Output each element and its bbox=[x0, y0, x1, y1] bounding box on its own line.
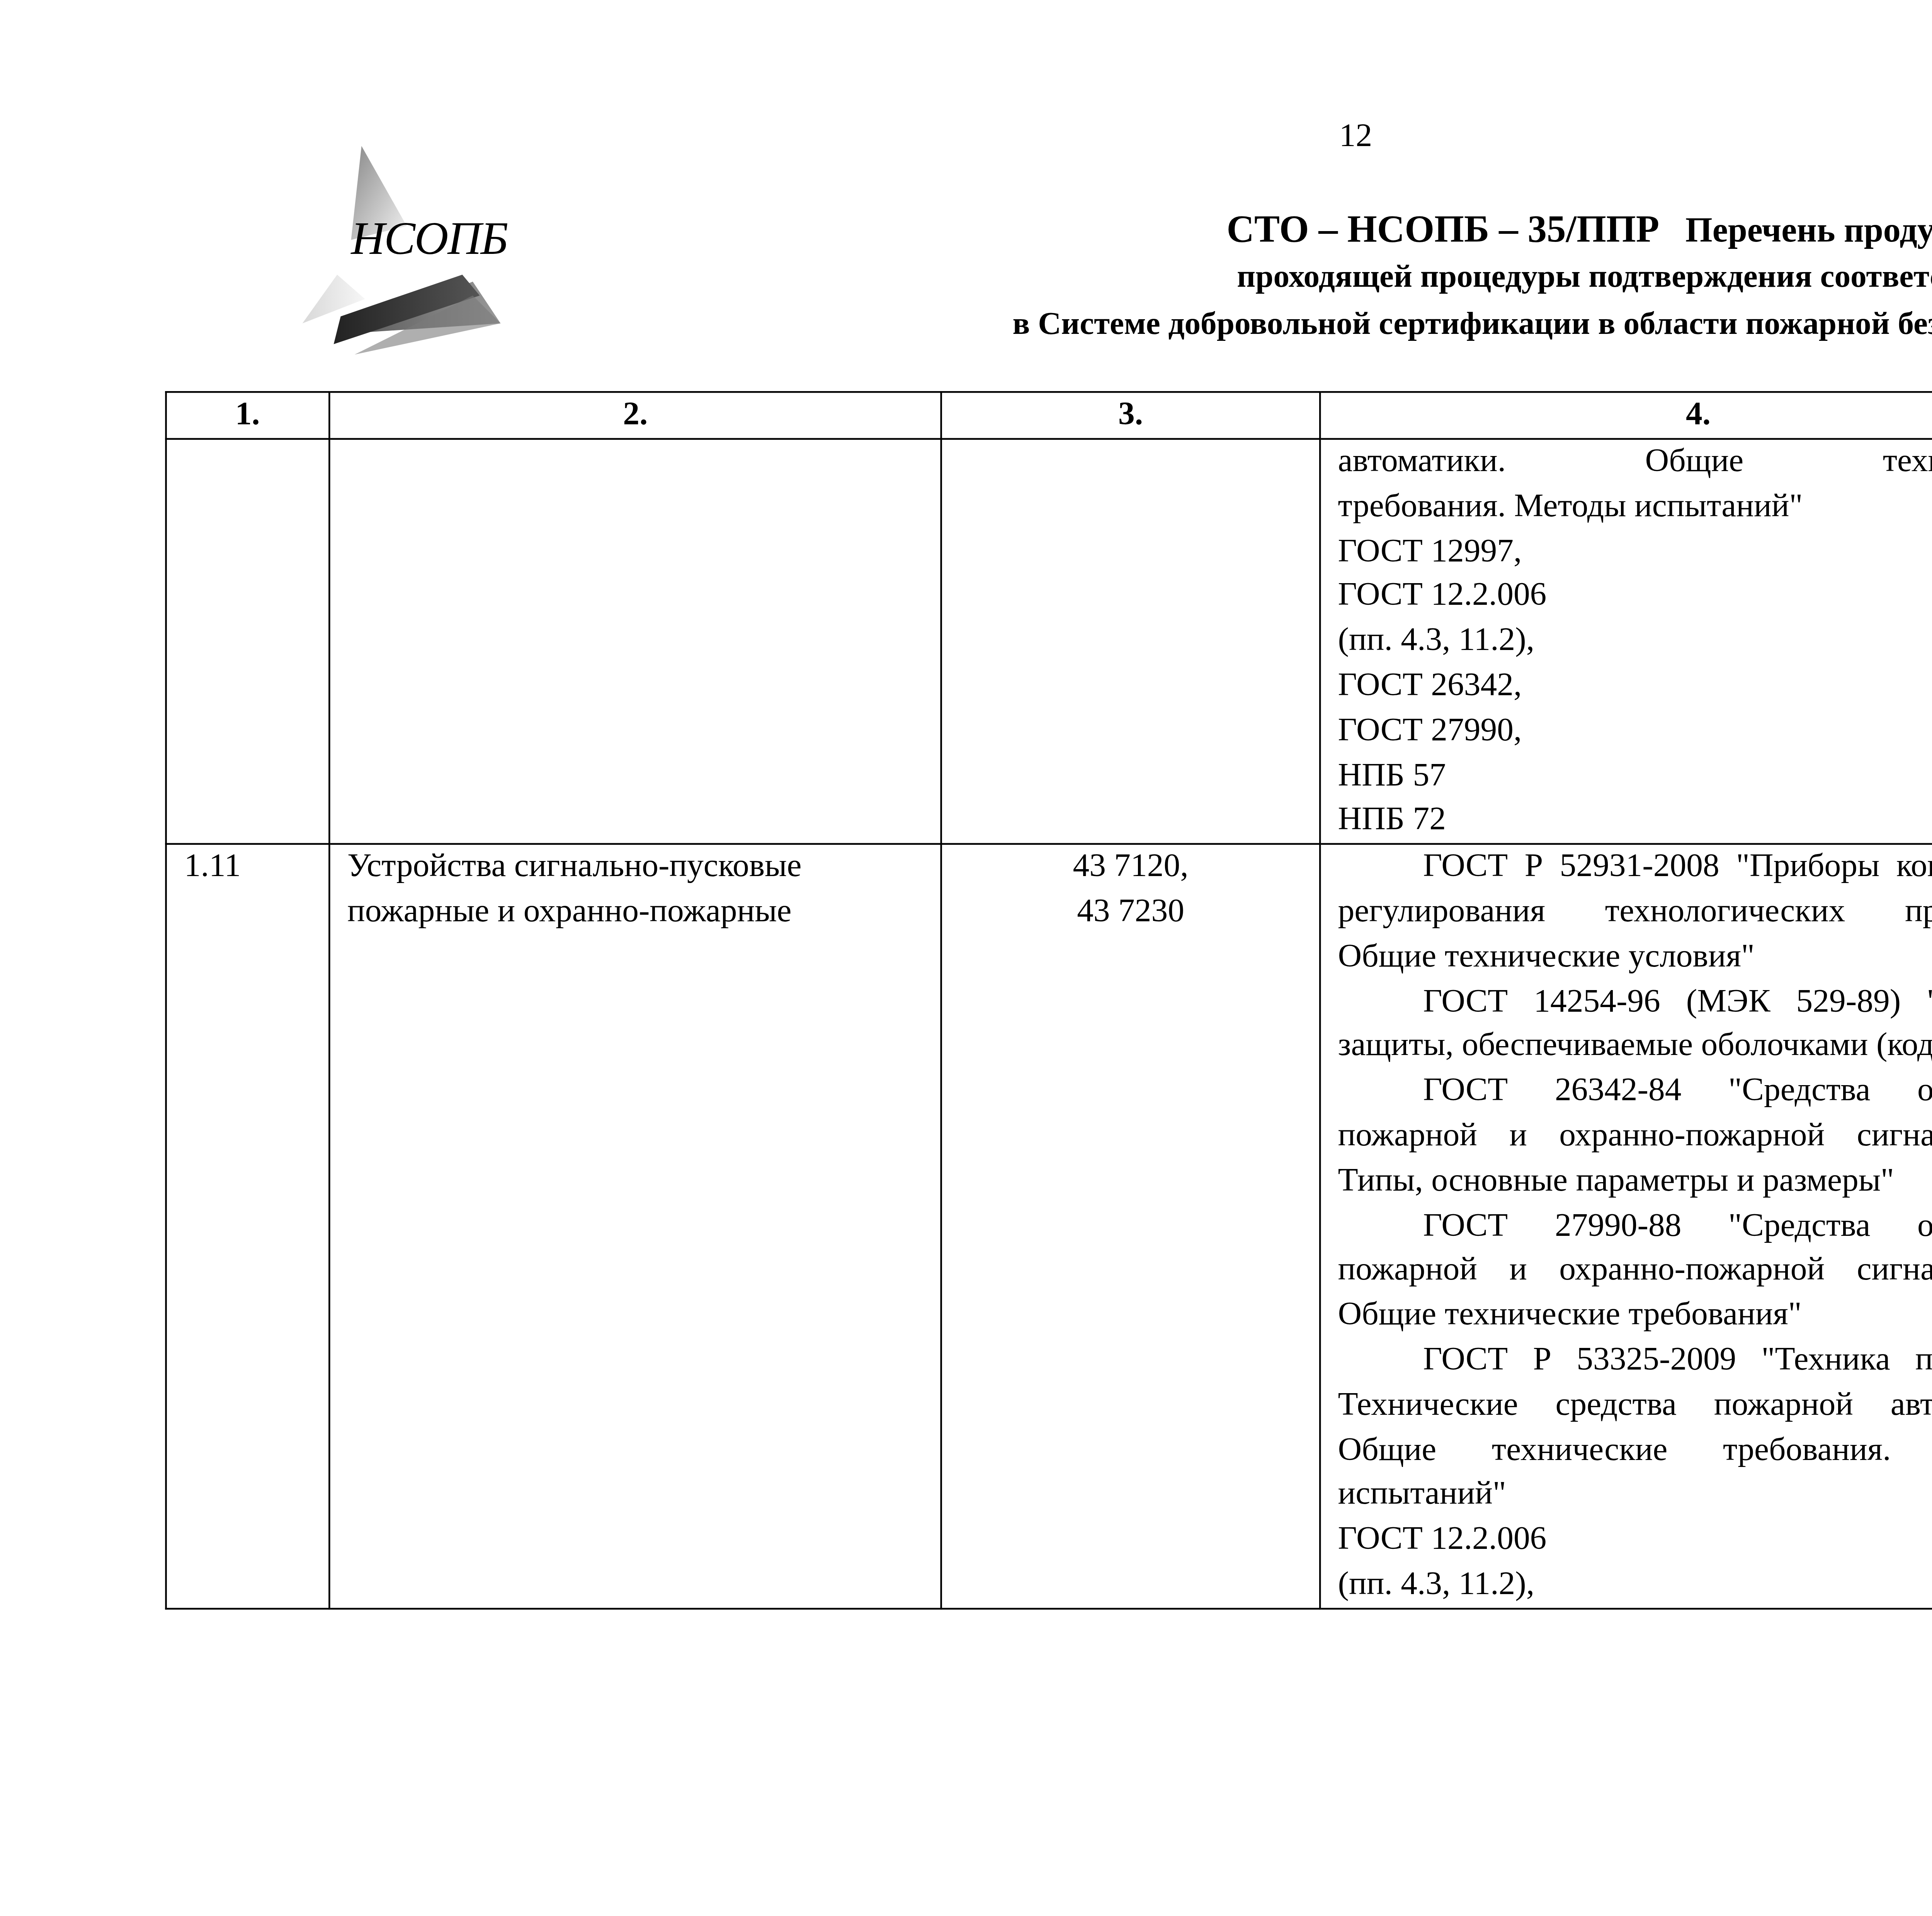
column-header-1: 1. bbox=[166, 392, 329, 439]
page-number: 12 bbox=[0, 118, 1932, 157]
cell-product-name bbox=[329, 439, 942, 844]
column-header-3: 3. bbox=[942, 392, 1320, 439]
table-header-row: 1. 2. 3. 4. 5. bbox=[166, 392, 1932, 439]
standard-paragraph: ГОСТ 14254-96 (МЭК 529-89) "Степени защи… bbox=[1338, 980, 1932, 1069]
cell-product-name: Устройства сигнально-пусковые пожарные и… bbox=[329, 844, 942, 1608]
okp-code: 43 7120, bbox=[960, 845, 1301, 890]
standards-line: требования. Методы испытаний" bbox=[1338, 485, 1932, 529]
standards-line: ГОСТ 12.2.006 bbox=[1338, 1518, 1932, 1562]
standard-paragraph: ГОСТ 26342-84 "Средства охранной, пожарн… bbox=[1338, 1069, 1932, 1204]
table-row: автоматики. Общие технические требования… bbox=[166, 439, 1932, 844]
standards-line: (пп. 4.3, 11.2), bbox=[1338, 1562, 1932, 1607]
standards-line: ГОСТ 12997, bbox=[1338, 529, 1932, 574]
standard-code: СТО – НСОПБ – 35/ППР bbox=[1227, 207, 1660, 250]
standards-line: ГОСТ 26342, bbox=[1338, 664, 1932, 709]
cell-standards: автоматики. Общие технические требования… bbox=[1320, 439, 1932, 844]
standards-line: (пп. 4.3, 11.2), bbox=[1338, 619, 1932, 664]
header-title-part3: в Системе добровольной сертификации в об… bbox=[521, 303, 1932, 349]
cell-number: 1.11 bbox=[166, 844, 329, 1608]
standard-paragraph: ГОСТ Р 52931-2008 "Приборы контроля и ре… bbox=[1338, 845, 1932, 980]
document-header: СТО – НСОПБ – 35/ППР Перечень продукции,… bbox=[521, 205, 1932, 349]
standard-paragraph: ГОСТ Р 53325-2009 "Техника пожарная. Тех… bbox=[1338, 1338, 1932, 1518]
product-list-table: 1. 2. 3. 4. 5. автоматики. Общие техниче… bbox=[165, 391, 1932, 1609]
document-page: 12 bbox=[0, 0, 1932, 1916]
standards-line: автоматики. Общие технические bbox=[1338, 440, 1932, 485]
standard-paragraph: ГОСТ 27990-88 "Средства охранной, пожарн… bbox=[1338, 1204, 1932, 1338]
header-title-part1: Перечень продукции, bbox=[1685, 212, 1932, 250]
logo-text: НСОПБ bbox=[351, 212, 508, 266]
cell-standards: ГОСТ Р 52931-2008 "Приборы контроля и ре… bbox=[1320, 844, 1932, 1608]
product-name-line: Устройства сигнально-пусковые bbox=[347, 845, 923, 890]
product-name-line: пожарные и охранно-пожарные bbox=[347, 890, 923, 935]
header-title-part2: проходящей процедуры подтверждения соотв… bbox=[521, 255, 1932, 302]
table-row: 1.11 Устройства сигнально-пусковые пожар… bbox=[166, 844, 1932, 1608]
standards-line: ГОСТ 27990, bbox=[1338, 709, 1932, 754]
column-header-4: 4. bbox=[1320, 392, 1932, 439]
cell-okp-codes: 43 7120, 43 7230 bbox=[942, 844, 1320, 1608]
cell-number bbox=[166, 439, 329, 844]
standards-line: НПБ 72 bbox=[1338, 798, 1932, 843]
standards-line: НПБ 57 bbox=[1338, 754, 1932, 798]
standards-line: ГОСТ 12.2.006 bbox=[1338, 574, 1932, 619]
nsopb-logo: НСОПБ bbox=[292, 139, 518, 358]
column-header-2: 2. bbox=[329, 392, 942, 439]
okp-code: 43 7230 bbox=[960, 890, 1301, 935]
cell-okp-codes bbox=[942, 439, 1320, 844]
